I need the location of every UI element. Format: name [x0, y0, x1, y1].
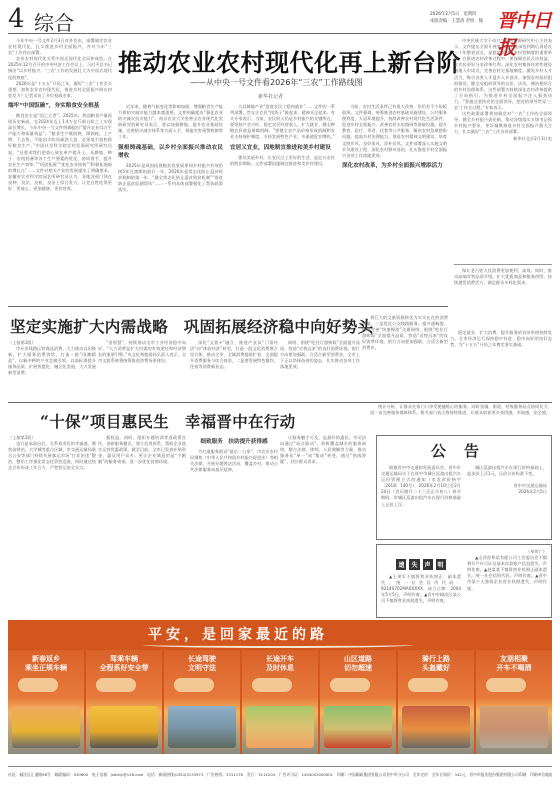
body-text: 中央民族大学不动产与自然资源研究中心主任表示，文件提出全面开展第二轮土地承包到期…: [454, 38, 552, 111]
body-text: 粮食安全是“国之大者”。2025年，我国粮食产量再创历史新高，在2024年迈上1…: [8, 113, 112, 192]
body-text: 大县城镇产业“促进农民工稳岗就业”……文件的一系列部署，旨在让农民“钱袋子”鼓起…: [230, 104, 335, 141]
intro-paragraph: 农业农村现代化关系中国式现代化全局和成色。在2025年12月召开的中央经济工作会…: [8, 56, 112, 80]
caption-line: 乘坐正规车辆: [8, 663, 84, 672]
article2-column-6: 稳定就业、扩大消费、提升服务的各项举措持续发力，全市经济运行保持稳中有进、稳中向…: [450, 330, 552, 402]
body-text: 强权益。同时，组织专题培训等进政策宣传，创新服务模式，建立信用体系，帮助企业落实…: [98, 435, 186, 465]
caption-line: 骑行上路: [398, 654, 474, 663]
body-text: ▲王建军不慎将营业执照正、副本遗失，统一社会信用代码：92140702MA0XX…: [381, 574, 461, 604]
designer: 责组：熊: [466, 19, 483, 24]
intro-paragraph: 2026年是“十五五”开局之年，做好“三农”工作至关重要。加快农业农村现代化，推…: [8, 81, 112, 99]
body-text: 稳定就业、扩大消费、提升服务的各项举措持续发力，全市经济运行保持稳中有进、稳中向…: [450, 330, 552, 348]
banner-panel: 长途开车及时休息: [242, 650, 318, 754]
title-char: 失: [409, 559, 419, 570]
mountain-road-illustration: [324, 706, 392, 748]
banner-panel: 友朋相聚开车不喝酒: [476, 650, 552, 754]
title-char: 声: [423, 559, 433, 570]
column-divider: [454, 264, 552, 265]
body-text: 当前，农村生活条件已有很大改善，但仍有不少短板弱项。文件强调，统筹推进农村基础设…: [342, 104, 447, 159]
panel-caption: 长途开车及时休息: [242, 654, 318, 672]
body-text: 为打通服务群众“最后一公里”，市农业农村局聚焦《中华人民共和国乡村振兴促进法》等…: [190, 449, 278, 473]
issue-date: 2026年2月5日: [430, 12, 459, 17]
main-headline: 推动农业农村现代化再上新台阶: [118, 43, 461, 78]
article3-column-1: （上接第1版） 也行是承前启后，关系着市民的幸福感。聚焦高铁站、大学城等重点区域…: [8, 435, 96, 615]
body-text: 城区巡游出租汽车在现行价格基础上，起步价上浮1元，运价计价标准不变。: [467, 465, 547, 477]
footer-rule: [8, 766, 552, 767]
panel-caption: 骑行上路头盔戴好: [398, 654, 474, 672]
panel-caption: 驾乘车辆全程系好安全带: [86, 654, 162, 672]
article3-subhead: 细致服务 扶助提升获得感: [190, 438, 278, 446]
body-text: 让服务触手可及，是最好的惠民。市司法局通过“站点联动”，积极覆盖城乡的服务网络，…: [280, 435, 366, 465]
main-column-1: 近年来，随着气候变化等影响加剧，增强粮食生产能力和防灾减灾能力越来越重要。文件明…: [118, 104, 223, 304]
article2-right-top: 保让老百姓人民消费更加便利、高效。同时，推动高端零售品质升级，扩大优质商品和服务…: [454, 268, 552, 328]
article2-column-5: 将巨大的文旅资源转化为实实在在的消费增量。三是优化公交线路服务，提升通畅度，持续…: [362, 315, 448, 401]
byline: 新华社记者: [258, 93, 283, 100]
article3-column-2: 强权益。同时，组织专题培训等进政策宣传，创新服务模式，建立信用体系，帮助企业落实…: [98, 435, 186, 615]
banner-panel: 新春返乡乘坐正规车辆: [8, 650, 84, 754]
article2-column-3: 深化“文旅+”融合，推进产业从“门票经济”向“体验经济”转型，打造一批文化消费聚…: [190, 340, 278, 396]
body-text: 建设美丽乡村，让农民过上更好的生活，是亿万农民的殷切期盼。文件部署因地制宜推进和…: [230, 155, 335, 167]
bus-illustration: [12, 706, 80, 748]
article3-column-5: 统计分析，让群众在家门口享受便捷贴心的服务。同时各镇、街道、村级服务站点协同发力…: [370, 404, 552, 432]
cloud-decoration: [96, 678, 136, 692]
notice-title: 公告: [381, 440, 547, 461]
body-text: “金智慧”，持续推动全市工业经济稳中向好。“大力消费是扩大内需的有效途径和经济增…: [98, 340, 186, 364]
body-text: 统计分析，让群众在家门口享受便捷贴心的服务。同时各镇、街道、村级服务站点协同发力…: [370, 404, 552, 416]
panel-caption: 山区道路切勿超速: [320, 654, 396, 672]
caption-line: 全程系好安全带: [86, 663, 162, 672]
header-rule: [8, 33, 552, 34]
main-subhead-1: 强根铸魂基础，以乡村全面振兴推动农民增收: [118, 144, 223, 160]
notice-box: 公告 根据晋中市交通和发展委员会、晋中市交通运输局关于在晋中市城区巡游出租汽车运…: [376, 435, 552, 540]
dateline: 新华社北京2月3日电: [454, 136, 552, 142]
caption-line: 开车不喝酒: [476, 663, 552, 672]
body-text: 深化“文旅+”融合，推进产业从“门票经济”向“体验经济”转型，打造一批文化消费聚…: [190, 340, 278, 370]
banner-panel: 长途驾驶文明守法: [164, 650, 240, 754]
intro-subhead: 端牢“中国饭碗”，夯实粮食安全根基: [8, 102, 112, 110]
cloud-decoration: [486, 678, 526, 692]
body-text: 根据晋中市交通和发展委员会、晋中市交通运输局关于在晋中市城区巡游出租汽车运价管理…: [381, 465, 461, 508]
footer-imprint: 社址：榆次区汇通路96号 邮政编码：030600 电子信箱：jzdaily@12…: [8, 772, 552, 778]
header-meta: 2026年2月5日 星期四 本版责编：王慧鸽 责组：熊: [430, 11, 500, 25]
car-illustration: [90, 706, 158, 748]
caption-line: 山区道路: [320, 654, 396, 663]
intro-paragraph: 今年中央一号文件2月3日对外发布，部署锚定农业农村现代化，扎实推进乡村全面振兴，…: [8, 38, 112, 56]
caption-line: 文明守法: [164, 663, 240, 672]
main-column-3: 当前，农村生活条件已有很大改善，但仍有不少短板弱项。文件强调，统筹推进农村基础设…: [342, 104, 447, 304]
panel-caption: 新春返乡乘坐正规车辆: [8, 654, 84, 672]
caption-line: 切勿超速: [320, 663, 396, 672]
body-text: 市专业线路运营商品消费，大力推动以旧换新，扩大服务消费供给，打造一批“国潮精品”…: [8, 346, 96, 376]
body-text: 将巨大的文旅资源转化为实实在在的消费增量。三是优化公交线路服务，提升通畅度，持续…: [362, 315, 448, 352]
main-subheadline: ——从中央一号文件看2026年“三农”工作路线图: [190, 77, 363, 88]
caption-line: 长途驾驶: [164, 654, 240, 663]
scooter-illustration: [402, 706, 470, 748]
cloud-decoration: [252, 678, 292, 692]
main-column-4: 中央民族大学不动产与自然资源研究中心主任表示，文件提出全面开展第二轮土地承包到期…: [454, 38, 552, 262]
cloud-decoration: [330, 678, 370, 692]
banner-title: 平安，是回家最近的路: [148, 624, 328, 644]
cloud-decoration: [18, 678, 58, 692]
article2-column-2: “金智慧”，持续推动全市工业经济稳中向好。“大力消费是扩大内需的有效途径和经济增…: [98, 340, 186, 396]
weekday: 星期四: [464, 12, 477, 17]
panel-caption: 长途驾驶文明守法: [164, 654, 240, 672]
page-number: 4: [8, 4, 27, 34]
article3-column-4: 让服务触手可及，是最好的惠民。市司法局通过“站点联动”，积极覆盖城乡的服务网络，…: [280, 435, 366, 615]
panel-caption: 友朋相聚开车不喝酒: [476, 654, 552, 672]
body-text: 近年来，随着气候变化等影响加剧，增强粮食生产能力和防灾减灾能力越来越重要。文件明…: [118, 104, 223, 141]
body-text: 这些政策部署将加强党对“三农”工作的全面领导，健全乡村振兴责任制，推动各级落实五…: [454, 111, 552, 135]
notice-body-left: 根据晋中市交通和发展委员会、晋中市交通运输局关于在晋中市城区巡游出租汽车运价管理…: [381, 465, 461, 525]
caption-line: 新春返乡: [8, 654, 84, 663]
lost-notice-box: 遗 失 声 明 ▲王建军不慎将营业执照正、副本遗失，统一社会信用代码：92140…: [376, 544, 552, 618]
banner-swoosh: [143, 642, 413, 648]
parking-illustration: [168, 706, 236, 748]
body-text: ▲山西晋和某有限公司工会委员会不慎将开户许可证及基本存款账户信息遗失，声明作废。…: [467, 555, 547, 592]
caption-line: 友朋相聚: [476, 654, 552, 663]
cloud-decoration: [408, 678, 448, 692]
main-subhead-3: 深化农村改革，为乡村全面振兴增添活力: [342, 162, 447, 170]
caption-line: 及时休息: [242, 663, 318, 672]
section-divider: [8, 402, 552, 403]
lost-notice-title: 遗 失 声 明: [381, 552, 461, 571]
lost-notice-body-right: （单块广） ▲山西晋和某有限公司工会委员会不慎将开户许可证及基本存款账户信息遗失…: [467, 549, 547, 615]
lost-notice-body-left: ▲王建军不慎将营业执照正、副本遗失，统一社会信用代码：92140702MA0XX…: [381, 574, 461, 624]
body-text: 也行是承前启后，关系着市民的幸福感。聚焦高铁站、大学城等重点区域，市交通运输局联…: [8, 441, 96, 471]
article2-headline: 坚定实施扩大内需战略 巩固拓展经济稳中向好势头: [10, 315, 373, 337]
body-text: 网络，围绕“吃住行游购娱”全面提升品质，营造“近悦远来”的良好消费环境。银行方向…: [280, 340, 360, 370]
article2-column-1: （上接第1版） 市专业线路运营商品消费，大力推动以旧换新，扩大服务消费供给，打造…: [8, 340, 96, 396]
rest-area-illustration: [246, 706, 314, 748]
notice-date: 2026年2月5日: [467, 489, 547, 495]
safety-banner: 平安，是回家最近的路 新春返乡乘坐正规车辆 驾乘车辆全程系好安全带 长途驾驶文明…: [8, 620, 552, 754]
cloud-decoration: [174, 678, 214, 692]
caption-line: 长途开车: [242, 654, 318, 663]
article3-column-3: 细致服务 扶助提升获得感 为打通服务群众“最后一公里”，市农业农村局聚焦《中华人…: [190, 435, 278, 615]
editor: 本版责编：王慧鸽: [430, 19, 464, 24]
main-column-2: 大县城镇产业“促进农民工稳岗就业”……文件的一系列部署，旨在让农民“钱袋子”鼓起…: [230, 104, 335, 304]
lead-intro-column: 今年中央一号文件2月3日对外发布，部署锚定农业农村现代化，扎实推进乡村全面振兴，…: [8, 38, 112, 310]
banner-panel: 骑行上路头盔戴好: [398, 650, 474, 754]
section-divider: [8, 306, 448, 307]
notice-body-right: 城区巡游出租汽车在现行价格基础上，起步价上浮1元，运价计价标准不变。 晋中市交通…: [467, 465, 547, 525]
caption-line: 头盔戴好: [398, 663, 474, 672]
title-char: 遗: [396, 559, 406, 570]
banner-panels: 新春返乡乘坐正规车辆 驾乘车辆全程系好安全带 长途驾驶文明守法 长途开车及时休息…: [8, 650, 552, 754]
article3-headline: “十保”项目惠民生 幸福晋中在行动: [40, 410, 295, 432]
family-dinner-illustration: [480, 706, 548, 748]
main-subhead-2: 宜居又宜业，因地制宜推进和美乡村建设: [230, 144, 335, 152]
banner-panel: 驾乘车辆全程系好安全带: [86, 650, 162, 754]
body-text: 保让老百姓人民消费更加便利、高效。同时，推动高端零售品质升级，扩大优质商品和服务…: [454, 268, 552, 286]
section-title: 综合: [34, 7, 74, 36]
article2-column-4: 网络，围绕“吃住行游购娱”全面提升品质，营造“近悦远来”的良好消费环境。银行方向…: [280, 340, 360, 396]
caption-line: 驾乘车辆: [86, 654, 162, 663]
body-text: 2025年是巩固拓展脱贫攻坚成果同乡村振兴有效衔接5年过渡期的最后一年，2026…: [118, 163, 223, 193]
title-char: 明: [436, 559, 446, 570]
banner-panel: 山区道路切勿超速: [320, 650, 396, 754]
